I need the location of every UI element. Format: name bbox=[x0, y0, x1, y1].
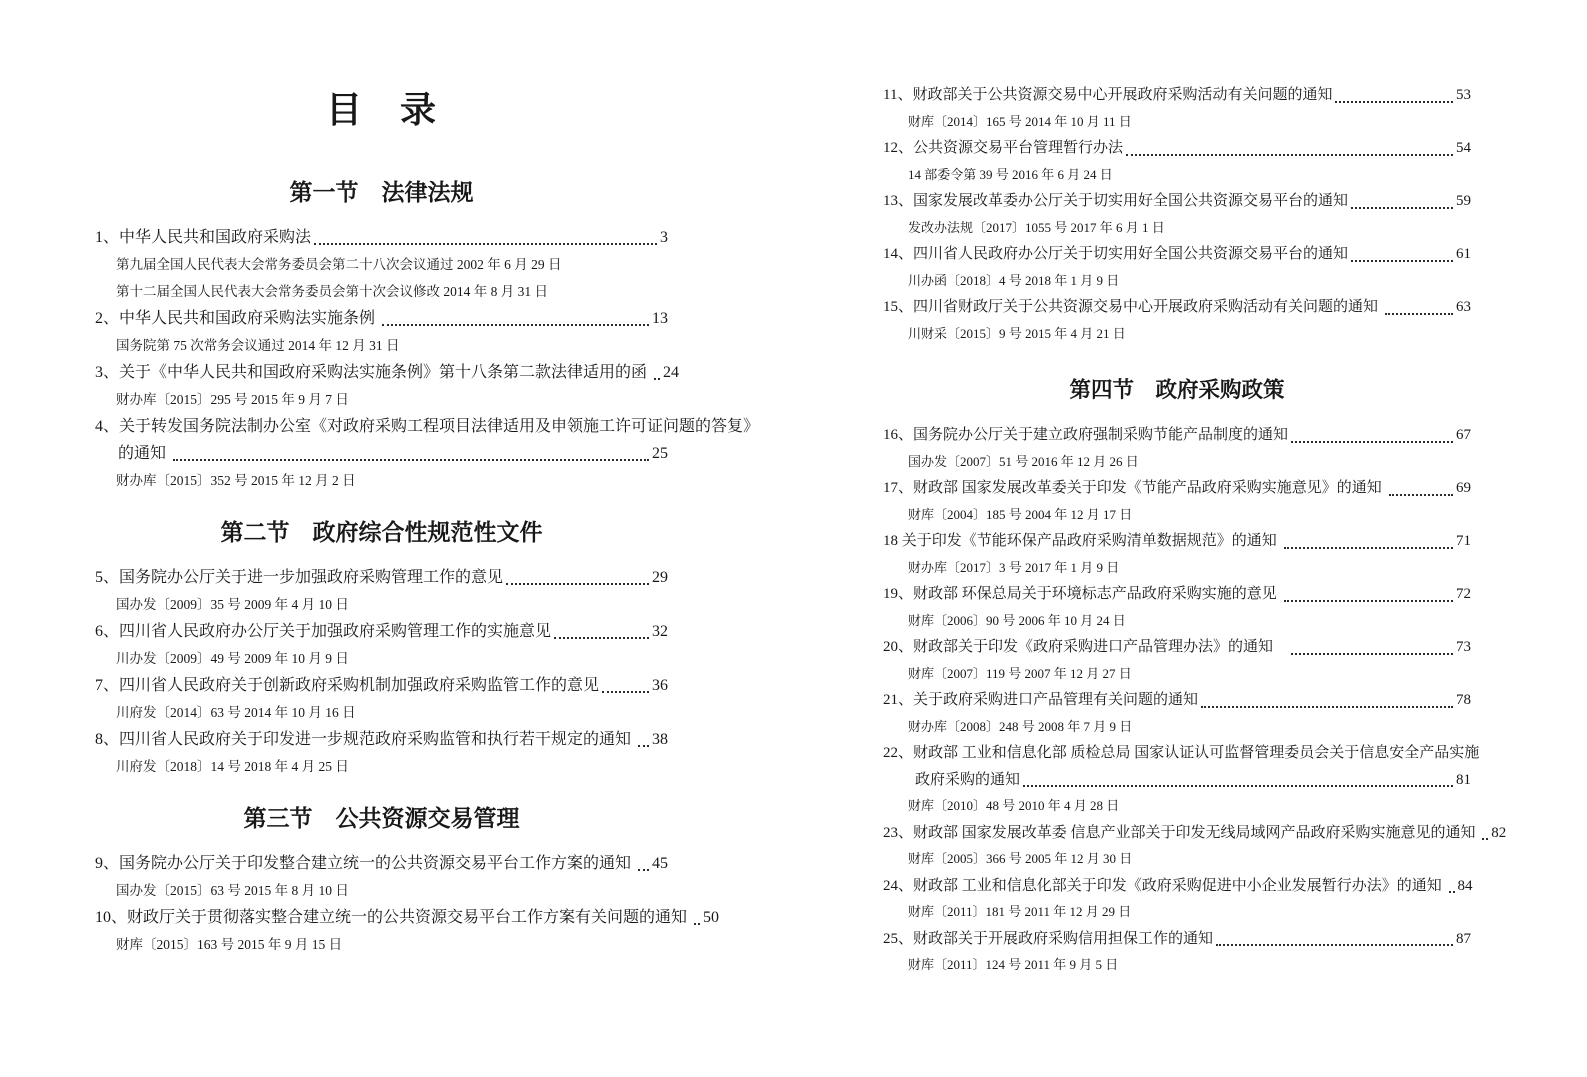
entry-source-line: 财库〔2014〕165 号 2014 年 10 月 11 日 bbox=[883, 109, 1471, 136]
entry-title: 中华人民共和国政府采购法 bbox=[119, 224, 311, 251]
entry-page-number: 67 bbox=[1454, 422, 1471, 449]
toc-entry: 9、国务院办公厅关于印发整合建立统一的公共资源交易平台工作方案的通知 45国办发… bbox=[95, 850, 668, 904]
entry-number: 21、 bbox=[883, 687, 913, 714]
entry-page-number: 25 bbox=[650, 440, 668, 467]
entry-title: 国务院办公厅关于进一步加强政府采购管理工作的意见 bbox=[119, 564, 503, 591]
entry-number: 23、 bbox=[883, 820, 913, 847]
toc-entry: 7、四川省人民政府关于创新政府采购机制加强政府采购监管工作的意见36川府发〔20… bbox=[95, 672, 668, 726]
toc-entry-line: 9、国务院办公厅关于印发整合建立统一的公共资源交易平台工作方案的通知 45 bbox=[95, 850, 668, 877]
dot-leader bbox=[1291, 653, 1453, 655]
toc-entry: 14、四川省人民政府办公厅关于切实用好全国公共资源交易平台的通知61川办函〔20… bbox=[883, 241, 1471, 294]
toc-entry: 11、财政部关于公共资源交易中心开展政府采购活动有关问题的通知53财库〔2014… bbox=[883, 82, 1471, 135]
dot-leader bbox=[1449, 891, 1455, 893]
toc-entry: 25、财政部关于开展政府采购信用担保工作的通知87财库〔2011〕124 号 2… bbox=[883, 926, 1471, 979]
entry-title: 四川省人民政府办公厅关于加强政府采购管理工作的实施意见 bbox=[119, 618, 551, 645]
entry-number: 11、 bbox=[883, 82, 912, 109]
toc-entry-line: 16、国务院办公厅关于建立政府强制采购节能产品制度的通知67 bbox=[883, 422, 1471, 449]
left-page-sections: 第一节 法律法规1、中华人民共和国政府采购法3第九届全国人民代表大会常务委员会第… bbox=[95, 177, 668, 958]
dot-leader bbox=[654, 378, 660, 380]
dot-leader bbox=[1023, 785, 1453, 787]
entry-page-number: 82 bbox=[1489, 820, 1506, 847]
entry-number: 15、 bbox=[883, 294, 913, 321]
entry-source-line: 川府发〔2018〕14 号 2018 年 4 月 25 日 bbox=[95, 753, 668, 780]
left-page: 目 录 第一节 法律法规1、中华人民共和国政府采购法3第九届全国人民代表大会常务… bbox=[95, 78, 668, 958]
entry-page-number: 69 bbox=[1454, 475, 1471, 502]
entry-source-line: 财库〔2007〕119 号 2007 年 12 月 27 日 bbox=[883, 661, 1471, 688]
toc-entry-line: 21、关于政府采购进口产品管理有关问题的通知78 bbox=[883, 687, 1471, 714]
entry-source-line: 财库〔2011〕181 号 2011 年 12 月 29 日 bbox=[883, 899, 1471, 926]
toc-entry-line: 18 关于印发《节能环保产品政府采购清单数据规范》的通知 71 bbox=[883, 528, 1471, 555]
dot-leader bbox=[506, 583, 649, 585]
dot-leader bbox=[1482, 838, 1488, 840]
section-heading: 第二节 政府综合性规范性文件 bbox=[95, 517, 668, 549]
toc-entry-line: 13、国家发展改革委办公厅关于切实用好全国公共资源交易平台的通知59 bbox=[883, 188, 1471, 215]
dot-leader bbox=[1351, 260, 1453, 262]
entry-number: 8、 bbox=[95, 726, 119, 753]
entry-title: 财政部 国家发展改革委 信息产业部关于印发无线局域网产品政府采购实施意见的通知 bbox=[913, 820, 1479, 847]
toc-entry: 17、财政部 国家发展改革委关于印发《节能产品政府采购实施意见》的通知 69财库… bbox=[883, 475, 1471, 528]
entry-page-number: 54 bbox=[1454, 135, 1471, 162]
entry-number: 25、 bbox=[883, 926, 913, 953]
entry-page-number: 87 bbox=[1454, 926, 1471, 953]
toc-entry-line: 20、财政部关于印发《政府采购进口产品管理办法》的通知 73 bbox=[883, 634, 1471, 661]
entry-title: 四川省财政厅关于公共资源交易中心开展政府采购活动有关问题的通知 bbox=[913, 294, 1382, 321]
toc-entry-line: 22、财政部 工业和信息化部 质检总局 国家认证认可监督管理委员会关于信息安全产… bbox=[883, 740, 1471, 767]
entry-title: 关于《中华人民共和国政府采购法实施条例》第十八条第二款法律适用的函 bbox=[119, 359, 651, 386]
entry-title: 财政部关于公共资源交易中心开展政府采购活动有关问题的通知 bbox=[912, 82, 1332, 109]
entry-page-number: 71 bbox=[1454, 528, 1471, 555]
entry-source-line: 川办发〔2009〕49 号 2009 年 10 月 9 日 bbox=[95, 645, 668, 672]
entry-source-line: 国办发〔2015〕63 号 2015 年 8 月 10 日 bbox=[95, 877, 668, 904]
entry-source-line: 川办函〔2018〕4 号 2018 年 1 月 9 日 bbox=[883, 268, 1471, 295]
entry-page-number: 50 bbox=[701, 904, 719, 931]
dot-leader bbox=[602, 691, 649, 693]
entry-number: 22、 bbox=[883, 740, 913, 767]
toc-entry-line: 14、四川省人民政府办公厅关于切实用好全国公共资源交易平台的通知61 bbox=[883, 241, 1471, 268]
entry-page-number: 78 bbox=[1454, 687, 1471, 714]
toc-entry-line: 5、国务院办公厅关于进一步加强政府采购管理工作的意见29 bbox=[95, 564, 668, 591]
entry-number: 4、 bbox=[95, 413, 119, 440]
entry-source-line: 财库〔2015〕163 号 2015 年 9 月 15 日 bbox=[95, 931, 668, 958]
entry-source-line: 财库〔2011〕124 号 2011 年 9 月 5 日 bbox=[883, 952, 1471, 979]
dot-leader bbox=[1284, 600, 1453, 602]
toc-entry-line: 19、财政部 环保总局关于环境标志产品政府采购实施的意见 72 bbox=[883, 581, 1471, 608]
dot-leader bbox=[1201, 706, 1453, 708]
toc-entry-line: 24、财政部 工业和信息化部关于印发《政府采购促进中小企业发展暂行办法》的通知 … bbox=[883, 873, 1471, 900]
entry-page-number: 13 bbox=[650, 305, 668, 332]
entry-title: 公共资源交易平台管理暂行办法 bbox=[913, 135, 1123, 162]
entry-title: 关于印发《节能环保产品政府采购清单数据规范》的通知 bbox=[902, 528, 1281, 555]
entry-number: 14、 bbox=[883, 241, 913, 268]
dot-leader bbox=[1385, 313, 1453, 315]
section-heading: 第一节 法律法规 bbox=[95, 177, 668, 209]
entry-source-line: 财办库〔2015〕295 号 2015 年 9 月 7 日 bbox=[95, 386, 668, 413]
toc-entry: 16、国务院办公厅关于建立政府强制采购节能产品制度的通知67国办发〔2007〕5… bbox=[883, 422, 1471, 475]
toc-entry: 18 关于印发《节能环保产品政府采购清单数据规范》的通知 71财办库〔2017〕… bbox=[883, 528, 1471, 581]
entry-title-continued: 的通知 bbox=[118, 440, 170, 467]
dot-leader bbox=[1291, 441, 1453, 443]
entry-page-number: 24 bbox=[661, 359, 679, 386]
entry-title: 财政部关于印发《政府采购进口产品管理办法》的通知 bbox=[913, 634, 1288, 661]
entry-page-number: 45 bbox=[650, 850, 668, 877]
entry-number: 19、 bbox=[883, 581, 913, 608]
entry-number: 2、 bbox=[95, 305, 119, 332]
entry-title: 中华人民共和国政府采购法实施条例 bbox=[119, 305, 379, 332]
toc-entry: 8、四川省人民政府关于印发进一步规范政府采购监管和执行若干规定的通知 38川府发… bbox=[95, 726, 668, 780]
toc-entry-line: 23、财政部 国家发展改革委 信息产业部关于印发无线局域网产品政府采购实施意见的… bbox=[883, 820, 1471, 847]
entry-source-line: 第十二届全国人民代表大会常务委员会第十次会议修改 2014 年 8 月 31 日 bbox=[95, 278, 668, 305]
dot-leader bbox=[638, 869, 649, 871]
dot-leader bbox=[1216, 944, 1453, 946]
entry-source-line: 财办库〔2017〕3 号 2017 年 1 月 9 日 bbox=[883, 555, 1471, 582]
toc-entry: 23、财政部 国家发展改革委 信息产业部关于印发无线局域网产品政府采购实施意见的… bbox=[883, 820, 1471, 873]
entry-title: 国家发展改革委办公厅关于切实用好全国公共资源交易平台的通知 bbox=[913, 188, 1348, 215]
dot-leader bbox=[1126, 154, 1453, 156]
toc-entry-line-continued: 的通知 25 bbox=[95, 440, 668, 467]
entry-page-number: 81 bbox=[1454, 767, 1471, 794]
dot-leader bbox=[1389, 494, 1453, 496]
entry-title: 四川省人民政府办公厅关于切实用好全国公共资源交易平台的通知 bbox=[913, 241, 1348, 268]
entry-title: 财政部 国家发展改革委关于印发《节能产品政府采购实施意见》的通知 bbox=[913, 475, 1386, 502]
entry-number: 20、 bbox=[883, 634, 913, 661]
dot-leader bbox=[554, 637, 649, 639]
entry-source-line: 第九届全国人民代表大会常务委员会第二十八次会议通过 2002 年 6 月 29 … bbox=[95, 251, 668, 278]
toc-entry-line: 6、四川省人民政府办公厅关于加强政府采购管理工作的实施意见32 bbox=[95, 618, 668, 645]
entry-page-number: 61 bbox=[1454, 241, 1471, 268]
entry-title: 关于转发国务院法制办公室《对政府采购工程项目法律适用及申领施工许可证问题的答复》 bbox=[119, 413, 759, 440]
entry-page-number: 63 bbox=[1454, 294, 1471, 321]
toc-entry: 5、国务院办公厅关于进一步加强政府采购管理工作的意见29国办发〔2009〕35 … bbox=[95, 564, 668, 618]
entry-source-line: 14 部委令第 39 号 2016 年 6 月 24 日 bbox=[883, 162, 1471, 189]
toc-entry-line-continued: 政府采购的通知81 bbox=[883, 767, 1471, 794]
entry-source-line: 国务院第 75 次常务会议通过 2014 年 12 月 31 日 bbox=[95, 332, 668, 359]
entry-title: 国务院办公厅关于印发整合建立统一的公共资源交易平台工作方案的通知 bbox=[119, 850, 635, 877]
entry-title: 国务院办公厅关于建立政府强制采购节能产品制度的通知 bbox=[913, 422, 1288, 449]
entry-source-line: 财库〔2004〕185 号 2004 年 12 月 17 日 bbox=[883, 502, 1471, 529]
entry-source-line: 川财采〔2015〕9 号 2015 年 4 月 21 日 bbox=[883, 321, 1471, 348]
toc-entry-line: 8、四川省人民政府关于印发进一步规范政府采购监管和执行若干规定的通知 38 bbox=[95, 726, 668, 753]
entry-page-number: 84 bbox=[1456, 873, 1473, 900]
toc-entry-line: 10、财政厅关于贯彻落实整合建立统一的公共资源交易平台工作方案有关问题的通知 5… bbox=[95, 904, 668, 931]
toc-entry: 4、关于转发国务院法制办公室《对政府采购工程项目法律适用及申领施工许可证问题的答… bbox=[95, 413, 668, 494]
dot-leader bbox=[314, 243, 657, 245]
entry-number: 5、 bbox=[95, 564, 119, 591]
entry-page-number: 3 bbox=[658, 224, 668, 251]
dot-leader bbox=[1335, 101, 1453, 103]
toc-entry: 24、财政部 工业和信息化部关于印发《政府采购促进中小企业发展暂行办法》的通知 … bbox=[883, 873, 1471, 926]
toc-entry-line: 17、财政部 国家发展改革委关于印发《节能产品政府采购实施意见》的通知 69 bbox=[883, 475, 1471, 502]
entry-title: 四川省人民政府关于印发进一步规范政府采购监管和执行若干规定的通知 bbox=[119, 726, 635, 753]
toc-entry: 19、财政部 环保总局关于环境标志产品政府采购实施的意见 72财库〔2006〕9… bbox=[883, 581, 1471, 634]
toc-entry: 22、财政部 工业和信息化部 质检总局 国家认证认可监督管理委员会关于信息安全产… bbox=[883, 740, 1471, 820]
entry-source-line: 川府发〔2014〕63 号 2014 年 10 月 16 日 bbox=[95, 699, 668, 726]
entry-source-line: 财库〔2010〕48 号 2010 年 4 月 28 日 bbox=[883, 793, 1471, 820]
toc-entry-line: 7、四川省人民政府关于创新政府采购机制加强政府采购监管工作的意见36 bbox=[95, 672, 668, 699]
entry-title: 四川省人民政府关于创新政府采购机制加强政府采购监管工作的意见 bbox=[119, 672, 599, 699]
entry-source-line: 财办库〔2008〕248 号 2008 年 7 月 9 日 bbox=[883, 714, 1471, 741]
entry-number: 10、 bbox=[95, 904, 127, 931]
entry-number: 17、 bbox=[883, 475, 913, 502]
dot-leader bbox=[1351, 207, 1453, 209]
entry-source-line: 国办发〔2009〕35 号 2009 年 4 月 10 日 bbox=[95, 591, 668, 618]
entry-number: 12、 bbox=[883, 135, 913, 162]
toc-entry-line: 15、四川省财政厅关于公共资源交易中心开展政府采购活动有关问题的通知 63 bbox=[883, 294, 1471, 321]
entry-number: 7、 bbox=[95, 672, 119, 699]
toc-entry-line: 11、财政部关于公共资源交易中心开展政府采购活动有关问题的通知53 bbox=[883, 82, 1471, 109]
entry-page-number: 73 bbox=[1454, 634, 1471, 661]
right-page: 11、财政部关于公共资源交易中心开展政府采购活动有关问题的通知53财库〔2014… bbox=[883, 78, 1471, 979]
entry-page-number: 53 bbox=[1454, 82, 1471, 109]
entry-title: 财政部 环保总局关于环境标志产品政府采购实施的意见 bbox=[913, 581, 1281, 608]
entry-title: 财政部关于开展政府采购信用担保工作的通知 bbox=[913, 926, 1213, 953]
entry-page-number: 32 bbox=[650, 618, 668, 645]
entry-number: 9、 bbox=[95, 850, 119, 877]
entry-number: 24、 bbox=[883, 873, 913, 900]
entry-number: 13、 bbox=[883, 188, 913, 215]
entry-page-number: 29 bbox=[650, 564, 668, 591]
section-heading: 第四节 政府采购政策 bbox=[883, 374, 1471, 406]
entry-number: 6、 bbox=[95, 618, 119, 645]
entry-page-number: 59 bbox=[1454, 188, 1471, 215]
toc-entry-line: 12、公共资源交易平台管理暂行办法54 bbox=[883, 135, 1471, 162]
entry-number: 18 bbox=[883, 528, 902, 555]
toc-entry: 3、关于《中华人民共和国政府采购法实施条例》第十八条第二款法律适用的函 24财办… bbox=[95, 359, 668, 413]
entry-number: 3、 bbox=[95, 359, 119, 386]
dot-leader bbox=[382, 324, 649, 326]
entry-page-number: 38 bbox=[650, 726, 668, 753]
entry-number: 1、 bbox=[95, 224, 119, 251]
toc-entry: 13、国家发展改革委办公厅关于切实用好全国公共资源交易平台的通知59发改办法规〔… bbox=[883, 188, 1471, 241]
dot-leader bbox=[1284, 547, 1453, 549]
toc-entry: 10、财政厅关于贯彻落实整合建立统一的公共资源交易平台工作方案有关问题的通知 5… bbox=[95, 904, 668, 958]
entry-source-line: 财库〔2005〕366 号 2005 年 12 月 30 日 bbox=[883, 846, 1471, 873]
entry-page-number: 36 bbox=[650, 672, 668, 699]
entry-title: 关于政府采购进口产品管理有关问题的通知 bbox=[913, 687, 1198, 714]
toc-entry: 12、公共资源交易平台管理暂行办法5414 部委令第 39 号 2016 年 6… bbox=[883, 135, 1471, 188]
entry-title: 财政部 工业和信息化部关于印发《政府采购促进中小企业发展暂行办法》的通知 bbox=[913, 873, 1446, 900]
entry-source-line: 财库〔2006〕90 号 2006 年 10 月 24 日 bbox=[883, 608, 1471, 635]
toc-entry-line: 4、关于转发国务院法制办公室《对政府采购工程项目法律适用及申领施工许可证问题的答… bbox=[95, 413, 668, 440]
right-page-sections: 11、财政部关于公共资源交易中心开展政府采购活动有关问题的通知53财库〔2014… bbox=[883, 82, 1471, 979]
toc-entry: 21、关于政府采购进口产品管理有关问题的通知78财办库〔2008〕248 号 2… bbox=[883, 687, 1471, 740]
toc-entry: 20、财政部关于印发《政府采购进口产品管理办法》的通知 73财库〔2007〕11… bbox=[883, 634, 1471, 687]
entry-source-line: 发改办法规〔2017〕1055 号 2017 年 6 月 1 日 bbox=[883, 215, 1471, 242]
dot-leader bbox=[638, 745, 649, 747]
section-heading: 第三节 公共资源交易管理 bbox=[95, 803, 668, 835]
toc-entry-line: 25、财政部关于开展政府采购信用担保工作的通知87 bbox=[883, 926, 1471, 953]
toc-entry: 1、中华人民共和国政府采购法3第九届全国人民代表大会常务委员会第二十八次会议通过… bbox=[95, 224, 668, 305]
entry-source-line: 国办发〔2007〕51 号 2016 年 12 月 26 日 bbox=[883, 449, 1471, 476]
toc-entry: 15、四川省财政厅关于公共资源交易中心开展政府采购活动有关问题的通知 63川财采… bbox=[883, 294, 1471, 347]
dot-leader bbox=[694, 923, 700, 925]
toc-entry: 2、中华人民共和国政府采购法实施条例 13国务院第 75 次常务会议通过 201… bbox=[95, 305, 668, 359]
entry-title: 财政厅关于贯彻落实整合建立统一的公共资源交易平台工作方案有关问题的通知 bbox=[127, 904, 691, 931]
entry-number: 16、 bbox=[883, 422, 913, 449]
toc-entry-line: 3、关于《中华人民共和国政府采购法实施条例》第十八条第二款法律适用的函 24 bbox=[95, 359, 668, 386]
toc-entry-line: 2、中华人民共和国政府采购法实施条例 13 bbox=[95, 305, 668, 332]
entry-source-line: 财办库〔2015〕352 号 2015 年 12 月 2 日 bbox=[95, 467, 668, 494]
dot-leader bbox=[173, 459, 649, 461]
toc-entry-line: 1、中华人民共和国政府采购法3 bbox=[95, 224, 668, 251]
entry-title-continued: 政府采购的通知 bbox=[915, 767, 1020, 794]
entry-page-number: 72 bbox=[1454, 581, 1471, 608]
entry-title: 财政部 工业和信息化部 质检总局 国家认证认可监督管理委员会关于信息安全产品实施 bbox=[913, 740, 1479, 767]
toc-entry: 6、四川省人民政府办公厅关于加强政府采购管理工作的实施意见32川办发〔2009〕… bbox=[95, 618, 668, 672]
document-title: 目 录 bbox=[95, 86, 668, 134]
